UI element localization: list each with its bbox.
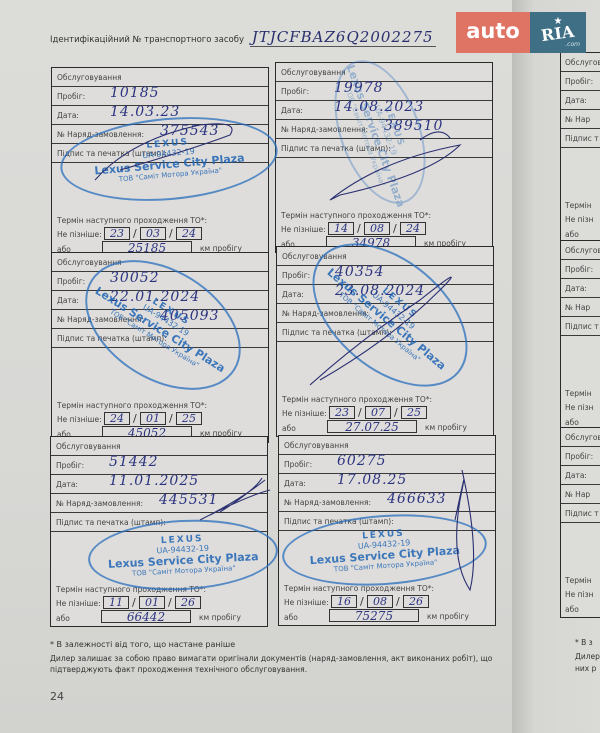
next-page-row: Обслугов	[561, 428, 600, 447]
page-number: 24	[50, 690, 64, 703]
order-label: № Наряд-замовлення:	[282, 309, 369, 318]
order-value: 375543	[160, 122, 219, 141]
date-value: 14.03.23	[110, 103, 180, 122]
next-day-box: 24	[104, 412, 130, 425]
service-header: Обслуговування	[51, 437, 267, 456]
next-page-row: Дата:	[561, 466, 600, 485]
ria-logo: ★ RIA .com	[530, 12, 586, 53]
next-page-row: Пробіг:	[561, 260, 600, 279]
service-header: Обслуговування	[52, 253, 268, 272]
or-label: або	[56, 614, 70, 623]
service-header: Обслуговування	[277, 247, 493, 266]
mileage-value: 40354	[335, 263, 385, 282]
next-service-label: Термін наступного проходження ТО*:	[281, 211, 431, 220]
next-page-footer-line: них р	[575, 664, 596, 673]
date-value: 14.08.2023	[334, 98, 424, 117]
mileage-label: Пробіг:	[57, 277, 85, 286]
next-page-or: або	[565, 230, 579, 239]
next-page-card: ОбслуговПробіг:Дата:№ НарПідпис т Термін…	[560, 52, 600, 243]
next-month-box: 01	[139, 596, 165, 609]
next-page-card: ОбслуговПробіг:Дата:№ НарПідпис т Термін…	[560, 427, 600, 618]
next-service-area: Термін наступного проходження ТО*: Не пі…	[276, 158, 492, 252]
km-label: км пробігу	[199, 613, 241, 622]
next-page-term: Термін	[565, 201, 592, 210]
order-label: № Наряд-замовлення:	[284, 498, 371, 507]
order-label: № Наряд-замовлення:	[57, 315, 144, 324]
next-page-or: або	[565, 418, 579, 427]
not-later-label: Не пізніше:	[57, 230, 102, 239]
mileage-label: Пробіг:	[284, 460, 312, 469]
mileage-value: 10185	[110, 84, 160, 103]
next-page-term: Термін	[565, 389, 592, 398]
next-service-area: Термін наступного проходження ТО*: Не пі…	[279, 531, 495, 625]
next-day-box: 14	[328, 222, 354, 235]
signature-row: Підпис та печатка (штамп):	[51, 513, 267, 532]
next-page-row: № Нар	[561, 298, 600, 317]
mileage-value: 19978	[334, 79, 384, 98]
next-page-card: ОбслуговПробіг:Дата:№ НарПідпис т Термін…	[560, 240, 600, 431]
next-page-row: Пробіг:	[561, 447, 600, 466]
signature-label: Підпис та печатка (штамп):	[56, 518, 166, 527]
order-row: № Наряд-замовлення:375543	[52, 125, 268, 144]
not-later-label: Не пізніше:	[56, 599, 101, 608]
service-label: Обслуговування	[281, 68, 346, 77]
not-later-label: Не пізніше:	[281, 225, 326, 234]
next-page-row: № Нар	[561, 485, 600, 504]
next-year-box: 24	[400, 222, 426, 235]
autoria-watermark: auto ★ RIA .com	[456, 12, 586, 53]
next-page-row: Дата:	[561, 279, 600, 298]
next-service-label: Термін наступного проходження ТО*:	[56, 585, 206, 594]
service-record-card: Обслуговування Пробіг:60275 Дата:17.08.2…	[278, 435, 496, 626]
next-service-label: Термін наступного проходження ТО*:	[284, 584, 434, 593]
next-year-box: 25	[176, 412, 202, 425]
signature-row: Підпис та печатка (штамп):	[279, 512, 495, 531]
service-header: Обслуговування	[52, 68, 268, 87]
or-label: або	[284, 613, 298, 622]
not-later-label: Не пізніше:	[57, 415, 102, 424]
service-label: Обслуговування	[284, 441, 349, 450]
next-page-footer-line: * В з	[575, 638, 593, 647]
mileage-label: Пробіг:	[282, 271, 310, 280]
next-service-area: Термін наступного проходження ТО*: Не пі…	[52, 163, 268, 257]
signature-row: Підпис та печатка (штамп):	[52, 329, 268, 348]
footnote: * В залежності від того, що настане рані…	[50, 640, 235, 649]
vin-value: JTJCFBAZ6Q2002275	[250, 28, 436, 47]
next-page-row: Підпис т	[561, 317, 600, 336]
signature-label: Підпис та печатка (штамп):	[57, 149, 167, 158]
signature-label: Підпис та печатка (штамп):	[281, 144, 391, 153]
km-label: км пробігу	[427, 612, 469, 621]
next-service-area: Термін наступного проходження ТО*: Не пі…	[51, 532, 267, 626]
dealer-disclaimer: Дилер залишає за собою право вимагати ор…	[50, 653, 498, 675]
next-page-row: Підпис т	[561, 504, 600, 523]
service-header: Обслуговування	[279, 436, 495, 455]
next-page-row: Підпис т	[561, 129, 600, 148]
next-month-box: 01	[140, 412, 166, 425]
mileage-value: 60275	[337, 452, 387, 471]
next-page-row: Обслугов	[561, 241, 600, 260]
next-km-box: 66442	[101, 610, 191, 623]
next-page-term: Термін	[565, 576, 592, 585]
order-row: № Наряд-замовлення:466633	[279, 493, 495, 512]
service-label: Обслуговування	[57, 73, 122, 82]
next-page-row: № Нар	[561, 110, 600, 129]
date-value: 17.08.25	[337, 471, 407, 490]
next-page-body: Термін Не пізн або	[561, 523, 600, 617]
next-year-box: 24	[176, 227, 202, 240]
mileage-label: Пробіг:	[57, 92, 85, 101]
order-value: 389510	[384, 117, 443, 136]
order-value: 405093	[160, 307, 219, 326]
next-page-body: Термін Не пізн або	[561, 336, 600, 430]
ria-logo-text: RIA	[541, 24, 576, 43]
next-page-row: Обслугов	[561, 53, 600, 72]
order-row: № Наряд-замовлення:445531	[51, 494, 267, 513]
next-year-box: 26	[175, 596, 201, 609]
next-year-box: 25	[401, 406, 427, 419]
service-record-card: Обслуговування Пробіг:19978 Дата:14.08.2…	[275, 62, 493, 253]
order-label: № Наряд-замовлення:	[57, 130, 144, 139]
next-service-label: Термін наступного проходження ТО*:	[57, 216, 207, 225]
date-label: Дата:	[56, 480, 78, 489]
date-label: Дата:	[281, 106, 303, 115]
next-day-box: 11	[103, 596, 129, 609]
date-value: 23.08.2024	[335, 282, 425, 301]
not-later-label: Не пізніше:	[284, 598, 329, 607]
service-label: Обслуговування	[57, 258, 122, 267]
next-service-area: Термін наступного проходження ТО*: Не пі…	[277, 342, 493, 436]
next-page-row: Дата:	[561, 91, 600, 110]
signature-row: Підпис та печатка (штамп):	[52, 144, 268, 163]
service-record-card: Обслуговування Пробіг:51442 Дата:11.01.2…	[50, 436, 268, 627]
service-book-page: Ідентифікаційний № транспортного засобу …	[0, 0, 512, 733]
next-service-area: Термін наступного проходження ТО*: Не пі…	[52, 348, 268, 442]
next-month-box: 08	[364, 222, 390, 235]
service-record-card: Обслуговування Пробіг:40354 Дата:23.08.2…	[276, 246, 494, 437]
mileage-label: Пробіг:	[281, 87, 309, 96]
next-month-box: 07	[365, 406, 391, 419]
date-label: Дата:	[284, 479, 306, 488]
next-page-not-later: Не пізн	[565, 590, 594, 599]
date-value: 11.01.2025	[109, 472, 199, 491]
order-row: № Наряд-замовлення:	[277, 304, 493, 323]
service-record-card: Обслуговування Пробіг:30052 Дата:22.01.2…	[51, 252, 269, 443]
mileage-value: 30052	[110, 269, 160, 288]
mileage-label: Пробіг:	[56, 461, 84, 470]
date-label: Дата:	[282, 290, 304, 299]
next-year-box: 26	[403, 595, 429, 608]
auto-logo-text: auto	[456, 12, 530, 53]
next-day-box: 23	[104, 227, 130, 240]
next-day-box: 23	[329, 406, 355, 419]
next-service-label: Термін наступного проходження ТО*:	[282, 395, 432, 404]
km-label: км пробігу	[425, 423, 467, 432]
signature-label: Підпис та печатка (штамп):	[57, 334, 167, 343]
next-month-box: 03	[140, 227, 166, 240]
next-page-footer-line: Дилер	[575, 652, 600, 661]
next-page-not-later: Не пізн	[565, 403, 594, 412]
next-month-box: 08	[367, 595, 393, 608]
or-label: або	[282, 424, 296, 433]
date-value: 22.01.2024	[110, 288, 200, 307]
order-value: 445531	[159, 491, 218, 510]
mileage-value: 51442	[109, 453, 159, 472]
service-label: Обслуговування	[56, 442, 121, 451]
next-day-box: 16	[331, 595, 357, 608]
signature-label: Підпис та печатка (штамп):	[282, 328, 392, 337]
ria-domain: .com	[565, 41, 580, 48]
next-page-row: Пробіг:	[561, 72, 600, 91]
order-label: № Наряд-замовлення:	[56, 499, 143, 508]
order-value: 466633	[387, 490, 446, 509]
not-later-label: Не пізніше:	[282, 409, 327, 418]
signature-label: Підпис та печатка (штамп):	[284, 517, 394, 526]
next-service-label: Термін наступного проходження ТО*:	[57, 401, 207, 410]
next-page-body: Термін Не пізн або	[561, 148, 600, 242]
next-km-box: 27.07.25	[327, 420, 417, 433]
service-label: Обслуговування	[282, 252, 347, 261]
next-page-not-later: Не пізн	[565, 215, 594, 224]
next-km-box: 75275	[329, 609, 419, 622]
order-label: № Наряд-замовлення:	[281, 125, 368, 134]
next-page-or: або	[565, 605, 579, 614]
service-header: Обслуговування	[276, 63, 492, 82]
service-record-card: Обслуговування Пробіг:10185 Дата:14.03.2…	[51, 67, 269, 258]
signature-row: Підпис та печатка (штамп):	[277, 323, 493, 342]
date-label: Дата:	[57, 111, 79, 120]
vin-row: Ідентифікаційний № транспортного засобу …	[50, 28, 436, 46]
date-row: Дата:23.08.2024	[277, 285, 493, 304]
order-row: № Наряд-замовлення:389510	[276, 120, 492, 139]
vin-label: Ідентифікаційний № транспортного засобу	[50, 35, 244, 45]
date-label: Дата:	[57, 296, 79, 305]
order-row: № Наряд-замовлення:405093	[52, 310, 268, 329]
signature-row: Підпис та печатка (штамп):	[276, 139, 492, 158]
